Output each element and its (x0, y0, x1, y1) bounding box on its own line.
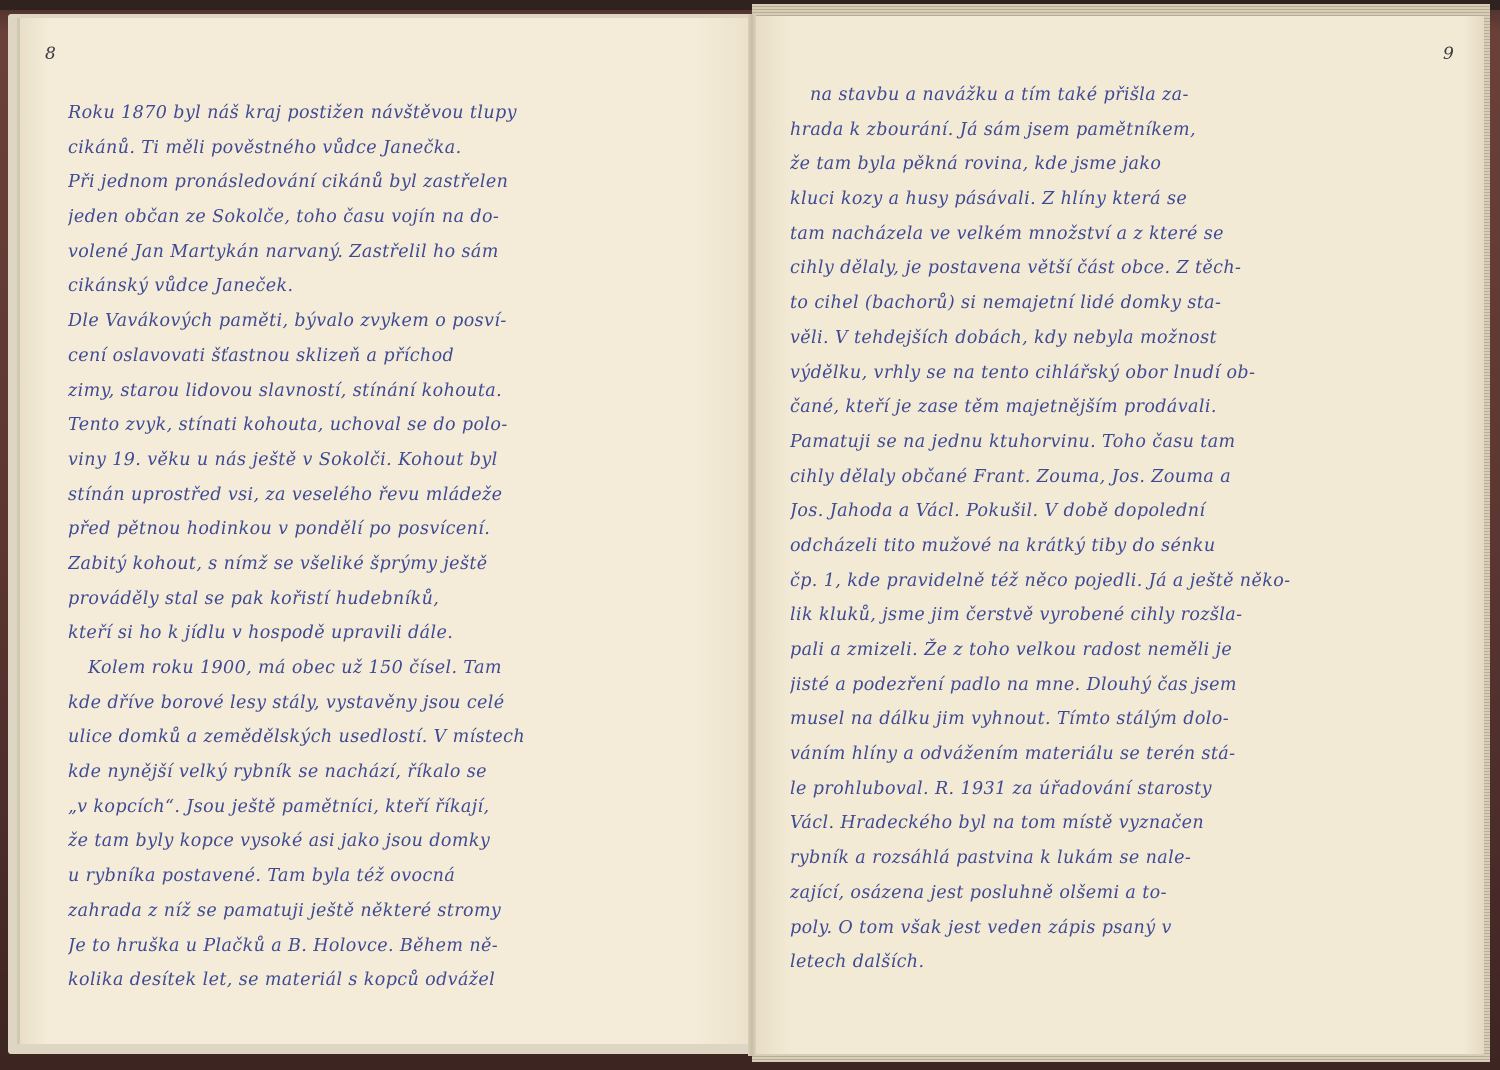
handwritten-line: cihly dělaly občané Frant. Zouma, Jos. Z… (790, 460, 1450, 495)
handwritten-line: kde nynější velký rybník se nachází, řík… (68, 755, 728, 790)
handwritten-line: to cihel (bachorů) si nemajetní lidé dom… (790, 286, 1450, 321)
handwritten-line: Kolem roku 1900, má obec už 150 čísel. T… (68, 651, 728, 686)
handwritten-line: kolika desítek let, se materiál s kopců … (68, 963, 728, 998)
right-page-text: na stavbu a navážku a tím také přišla za… (790, 78, 1450, 980)
handwritten-line: volené Jan Martykán narvaný. Zastřelil h… (68, 235, 728, 270)
handwritten-line: před pětnou hodinkou v pondělí po posvíc… (68, 512, 728, 547)
handwritten-line: zahrada z níž se pamatuji ještě některé … (68, 894, 728, 929)
handwritten-line: Tento zvyk, stínati kohouta, uchoval se … (68, 408, 728, 443)
handwritten-line: kde dříve borové lesy stály, vystavěny j… (68, 686, 728, 721)
handwritten-line: cení oslavovati šťastnou sklizeň a přích… (68, 339, 728, 374)
right-page-number: 9 (1443, 44, 1454, 64)
handwritten-line: pali a zmizeli. Že z toho velkou radost … (790, 633, 1450, 668)
handwritten-line: letech dalších. (790, 945, 1450, 980)
handwritten-line: Roku 1870 byl náš kraj postižen návštěvo… (68, 96, 728, 131)
handwritten-line: Pamatuji se na jednu ktuhorvinu. Toho ča… (790, 425, 1450, 460)
handwritten-line: ulice domků a zemědělských usedlostí. V … (68, 720, 728, 755)
handwritten-line: že tam byly kopce vysoké asi jako jsou d… (68, 824, 728, 859)
left-page-text: Roku 1870 byl náš kraj postižen návštěvo… (68, 96, 728, 998)
handwritten-line: lik kluků, jsme jim čerstvě vyrobené cih… (790, 598, 1450, 633)
left-page-number: 8 (45, 44, 56, 64)
handwritten-line: le prohluboval. R. 1931 za úřadování sta… (790, 772, 1450, 807)
handwritten-line: cihly dělaly, je postavena větší část ob… (790, 251, 1450, 286)
handwritten-line: výdělku, vrhly se na tento cihlářský obo… (790, 356, 1450, 391)
handwritten-line: tam nacházela ve velkém množství a z kte… (790, 217, 1450, 252)
handwritten-line: na stavbu a navážku a tím také přišla za… (790, 78, 1450, 113)
handwritten-line: Jos. Jahoda a Václ. Pokušil. V době dopo… (790, 494, 1450, 529)
book-gutter (748, 14, 756, 1056)
handwritten-line: u rybníka postavené. Tam byla též ovocná (68, 859, 728, 894)
handwritten-line: kluci kozy a husy pásávali. Z hlíny kter… (790, 182, 1450, 217)
handwritten-line: prováděly stal se pak kořistí hudebníků, (68, 582, 728, 617)
handwritten-line: hrada k zbourání. Já sám jsem pamětníkem… (790, 113, 1450, 148)
handwritten-line: „v kopcích“. Jsou ještě pamětníci, kteří… (68, 790, 728, 825)
handwritten-line: cikánský vůdce Janeček. (68, 269, 728, 304)
handwritten-line: odcházeli tito mužové na krátký tiby do … (790, 529, 1450, 564)
handwritten-line: viny 19. věku u nás ještě v Sokolči. Koh… (68, 443, 728, 478)
handwritten-line: čp. 1, kde pravidelně též něco pojedli. … (790, 564, 1450, 599)
handwritten-line: Václ. Hradeckého byl na tom místě vyznač… (790, 806, 1450, 841)
handwritten-line: stínán uprostřed vsi, za veselého řevu m… (68, 478, 728, 513)
handwritten-line: rybník a rozsáhlá pastvina k lukám se na… (790, 841, 1450, 876)
handwritten-line: čané, kteří je zase těm majetnějším prod… (790, 390, 1450, 425)
handwritten-line: zající, osázena jest posluhně olšemi a t… (790, 876, 1450, 911)
handwritten-line: musel na dálku jim vyhnout. Tímto stálým… (790, 702, 1450, 737)
handwritten-line: cikánů. Ti měli pověstného vůdce Janečka… (68, 131, 728, 166)
handwritten-line: kteří si ho k jídlu v hospodě upravili d… (68, 616, 728, 651)
handwritten-line: Je to hruška u Plačků a B. Holovce. Běhe… (68, 929, 728, 964)
handwritten-line: zimy, starou lidovou slavností, stínání … (68, 374, 728, 409)
handwritten-line: Dle Vavákových paměti, bývalo zvykem o p… (68, 304, 728, 339)
handwritten-line: jeden občan ze Sokolče, toho času vojín … (68, 200, 728, 235)
handwritten-line: jisté a podezření padlo na mne. Dlouhý č… (790, 668, 1450, 703)
handwritten-line: že tam byla pěkná rovina, kde jsme jako (790, 147, 1450, 182)
handwritten-line: Zabitý kohout, s nímž se všeliké šprýmy … (68, 547, 728, 582)
handwritten-line: váním hlíny a odvážením materiálu se ter… (790, 737, 1450, 772)
handwritten-line: věli. V tehdejších dobách, kdy nebyla mo… (790, 321, 1450, 356)
handwritten-line: poly. O tom však jest veden zápis psaný … (790, 911, 1450, 946)
handwritten-line: Při jednom pronásledování cikánů byl zas… (68, 165, 728, 200)
